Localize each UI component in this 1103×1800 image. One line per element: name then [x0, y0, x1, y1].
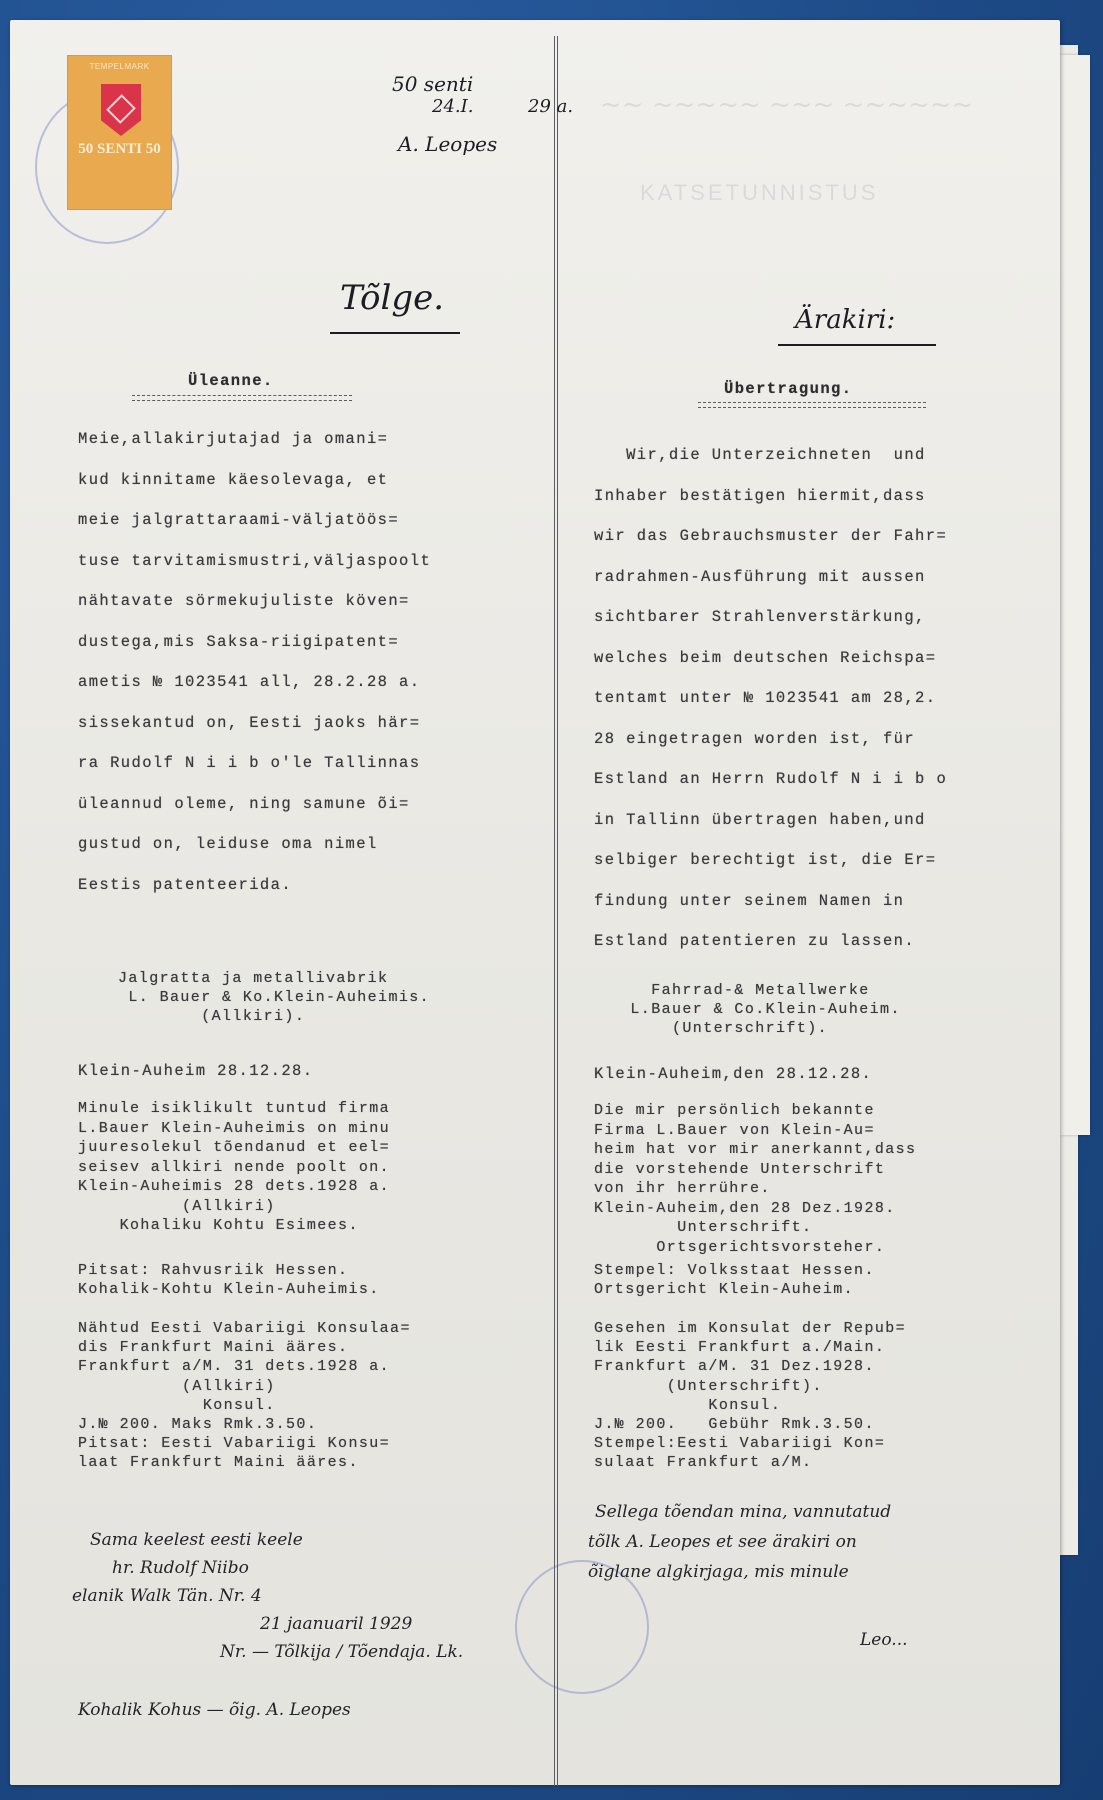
text-line: Klein-Auheimis 28 dets.1928 a.: [78, 1178, 390, 1195]
text-line: meie jalgrattaraami-väljatöös=: [78, 511, 399, 529]
text-line: ra Rudolf N i i b o'le Tallinnas: [78, 754, 420, 772]
text-line: elanik Walk Tän. Nr. 4: [72, 1586, 262, 1606]
text-line: õiglane algkirjaga, mis minule: [588, 1562, 849, 1582]
text-line: kud kinnitame käesolevaga, et: [78, 471, 388, 489]
text-line: Firma L.Bauer von Klein-Au=: [594, 1122, 875, 1139]
text-line: Sellega tõendan mina, vannutatud: [595, 1502, 891, 1522]
coat-of-arms-icon: [101, 84, 141, 136]
text-line: in Tallinn übertragen haben,und: [594, 811, 926, 829]
text-line: Inhaber bestätigen hiermit,dass: [594, 487, 926, 505]
text-line: dis Frankfurt Maini ääres.: [78, 1339, 348, 1356]
title-underline: [778, 344, 936, 346]
text-line: Fahrrad-& Metallwerke: [620, 982, 870, 999]
right-title-handwritten: Ärakiri:: [795, 305, 895, 335]
left-date-line: Klein-Auheim 28.12.28.: [78, 1062, 313, 1080]
text-line: Ortsgerichtsvorsteher.: [594, 1239, 885, 1256]
text-line: tuse tarvitamismustri,väljaspoolt: [78, 552, 431, 570]
text-line: Konsul.: [78, 1397, 276, 1414]
text-line: tentamt unter № 1023541 am 28,2.: [594, 689, 936, 707]
text-line: findung unter seinem Namen in: [594, 892, 904, 910]
text-line: Kohalik-Kohtu Klein-Auheimis.: [78, 1281, 380, 1298]
text-line: 21 jaanuaril 1929: [260, 1614, 412, 1634]
heading-underline: [132, 395, 352, 401]
text-line: Estland patentieren zu lassen.: [594, 932, 915, 950]
text-line: Unterschrift.: [594, 1219, 812, 1236]
text-line: Eestis patenteerida.: [78, 876, 292, 894]
text-line: heim hat vor mir anerkannt,dass: [594, 1141, 916, 1158]
text-line: Wir,die Unterzeichneten und: [594, 446, 926, 464]
text-line: Sama keelest eesti keele: [90, 1530, 303, 1550]
text-line: (Allkiri).: [118, 1008, 305, 1025]
text-line: dustega,mis Saksa-riigipatent=: [78, 633, 399, 651]
heading-underline: [698, 402, 926, 408]
text-line: Leo...: [860, 1630, 908, 1650]
text-line: Pitsat: Eesti Vabariigi Konsu=: [78, 1435, 390, 1452]
text-line: Jalgratta ja metallivabrik: [118, 970, 388, 987]
text-line: (Unterschrift).: [594, 1378, 823, 1395]
text-line: nähtavate sörmekujuliste köven=: [78, 592, 410, 610]
left-heading: Üleanne.: [188, 372, 274, 390]
text-line: von ihr herrühre.: [594, 1180, 771, 1197]
text-line: Minule isiklikult tuntud firma: [78, 1100, 390, 1117]
text-line: Nr. — Tõlkija / Tõendaja. Lk.: [220, 1642, 463, 1662]
text-line: gustud on, leiduse oma nimel: [78, 835, 378, 853]
text-line: sichtbarer Strahlenverstärkung,: [594, 608, 926, 626]
text-line: laat Frankfurt Maini ääres.: [78, 1454, 359, 1471]
text-line: (Unterschrift).: [620, 1020, 828, 1037]
right-date-line: Klein-Auheim,den 28.12.28.: [594, 1065, 872, 1083]
text-line: Nähtud Eesti Vabariigi Konsulaa=: [78, 1320, 411, 1337]
text-line: Frankfurt a/M. 31 dets.1928 a.: [78, 1358, 390, 1375]
text-line: 28 eingetragen worden ist, für: [594, 730, 915, 748]
text-line: radrahmen-Ausführung mit aussen: [594, 568, 926, 586]
text-line: Die mir persönlich bekannte: [594, 1102, 875, 1119]
text-line: üleannud oleme, ning samune õi=: [78, 795, 410, 813]
text-line: Stempel:Eesti Vabariigi Kon=: [594, 1435, 885, 1452]
annotation-date: 24.I.: [432, 96, 473, 117]
text-line: Ortsgericht Klein-Auheim.: [594, 1281, 854, 1298]
text-line: welches beim deutschen Reichspa=: [594, 649, 936, 667]
text-line: Pitsat: Rahvusriik Hessen.: [78, 1262, 348, 1279]
stamp-title: TEMPELMARK: [68, 62, 171, 71]
annotation-year: 29 a.: [528, 96, 573, 117]
text-line: Meie,allakirjutajad ja omani=: [78, 430, 388, 448]
text-line: J.№ 200. Maks Rmk.3.50.: [78, 1416, 317, 1433]
back-sheet: [1060, 55, 1090, 1135]
text-line: Frankfurt a/M. 31 Dez.1928.: [594, 1358, 875, 1375]
title-underline: [330, 332, 460, 334]
text-line: wir das Gebrauchsmuster der Fahr=: [594, 527, 947, 545]
text-line: juuresolekul tõendanud et eel=: [78, 1139, 390, 1156]
revenue-stamp: TEMPELMARK 50 SENTI 50: [67, 55, 172, 210]
annotation-fee: 50 senti: [392, 72, 473, 96]
text-line: L.Bauer Klein-Auheimis on minu: [78, 1120, 390, 1137]
text-line: tõlk A. Leopes et see ärakiri on: [588, 1532, 857, 1552]
right-heading: Übertragung.: [724, 380, 852, 398]
text-line: Konsul.: [594, 1397, 781, 1414]
text-line: Kohaliku Kohtu Esimees.: [78, 1217, 359, 1234]
annotation-signature: A. Leopes: [398, 132, 497, 156]
text-line: J.№ 200. Gebühr Rmk.3.50.: [594, 1416, 875, 1433]
text-line: ametis № 1023541 all, 28.2.28 a.: [78, 673, 420, 691]
text-line: selbiger berechtigt ist, die Er=: [594, 851, 936, 869]
text-line: Estland an Herrn Rudolf N i i b o: [594, 770, 947, 788]
text-line: sulaat Frankfurt a/M.: [594, 1454, 812, 1471]
text-line: (Allkiri): [78, 1378, 276, 1395]
text-line: Gesehen im Konsulat der Repub=: [594, 1320, 906, 1337]
text-line: seisev allkiri nende poolt on.: [78, 1159, 390, 1176]
text-line: L.Bauer & Co.Klein-Auheim.: [620, 1001, 901, 1018]
text-line: Stempel: Volksstaat Hessen.: [594, 1262, 875, 1279]
stamp-value: 50 SENTI 50: [68, 141, 171, 158]
text-line: hr. Rudolf Niibo: [112, 1558, 249, 1578]
text-line: (Allkiri): [78, 1198, 276, 1215]
text-line: lik Eesti Frankfurt a./Main.: [594, 1339, 885, 1356]
left-title-handwritten: Tõlge.: [340, 278, 444, 318]
text-line: Klein-Auheim,den 28 Dez.1928.: [594, 1200, 896, 1217]
text-line: sissekantud on, Eesti jaoks här=: [78, 714, 420, 732]
text-line: die vorstehende Unterschrift: [594, 1161, 885, 1178]
text-line: L. Bauer & Ko.Klein-Auheimis.: [118, 989, 430, 1006]
text-line: Kohalik Kohus — õig. A. Leopes: [78, 1700, 351, 1720]
column-divider: [554, 36, 558, 1786]
